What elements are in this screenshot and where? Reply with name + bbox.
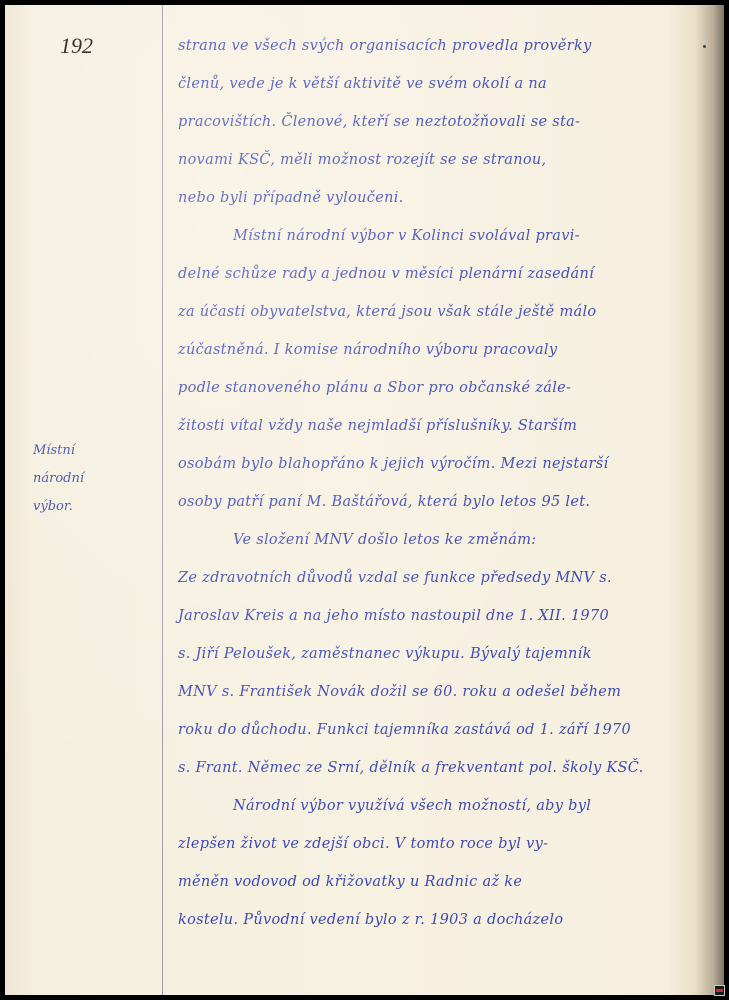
- margin-note-line: výbor.: [33, 493, 153, 521]
- text-line: MNV s. František Novák dožil se 60. roku…: [178, 673, 698, 711]
- text-line: členů, vede je k větší aktivitě ve svém …: [178, 65, 698, 103]
- margin-rule: [162, 5, 163, 995]
- handwritten-text: strana ve všech svých organisacích prove…: [178, 27, 698, 939]
- margin-note: Místní národní výbor.: [33, 437, 153, 521]
- text-line: osobám bylo blahopřáno k jejich výročím.…: [178, 445, 698, 483]
- page-number: 192: [60, 33, 93, 59]
- text-line: zlepšen život ve zdejší obci. V tomto ro…: [178, 825, 698, 863]
- minimize-glyph: [716, 989, 723, 992]
- text-line: nebo byli případně vyloučeni.: [178, 179, 698, 217]
- text-line: měněn vodovod od křižovatky u Radnic až …: [178, 863, 698, 901]
- text-line: Ve složení MNV došlo letos ke změnám:: [178, 521, 698, 559]
- text-line: roku do důchodu. Funkci tajemníka zastáv…: [178, 711, 698, 749]
- text-line: osoby patří paní M. Baštářová, která byl…: [178, 483, 698, 521]
- text-line: pracovištích. Členové, kteří se neztotož…: [178, 103, 698, 141]
- text-line: s. Frant. Němec ze Srní, dělník a frekve…: [178, 749, 698, 787]
- margin-note-line: národní: [33, 465, 153, 493]
- text-line: zúčastněná. I komise národního výboru pr…: [178, 331, 698, 369]
- text-line: delné schůze rady a jednou v měsíci plen…: [178, 255, 698, 293]
- text-line: za účasti obyvatelstva, která jsou však …: [178, 293, 698, 331]
- margin-note-line: Místní: [33, 437, 153, 465]
- minimize-icon[interactable]: [714, 985, 725, 996]
- text-line: Místní národní výbor v Kolinci svolával …: [178, 217, 698, 255]
- text-line: strana ve všech svých organisacích prove…: [178, 27, 698, 65]
- text-line: kostelu. Původní vedení bylo z r. 1903 a…: [178, 901, 698, 939]
- binding-mark: [703, 45, 706, 48]
- text-line: Národní výbor využívá všech možností, ab…: [178, 787, 698, 825]
- text-line: žitosti vítal vždy naše nejmladší příslu…: [178, 407, 698, 445]
- text-line: novami KSČ, měli možnost rozejít se se s…: [178, 141, 698, 179]
- text-line: s. Jiří Peloušek, zaměstnanec výkupu. Bý…: [178, 635, 698, 673]
- text-line: Ze zdravotních důvodů vzdal se funkce př…: [178, 559, 698, 597]
- text-line: Jaroslav Kreis a na jeho místo nastoupil…: [178, 597, 698, 635]
- text-line: podle stanoveného plánu a Sbor pro občan…: [178, 369, 698, 407]
- document-page: 192 Místní národní výbor. strana ve všec…: [5, 5, 724, 995]
